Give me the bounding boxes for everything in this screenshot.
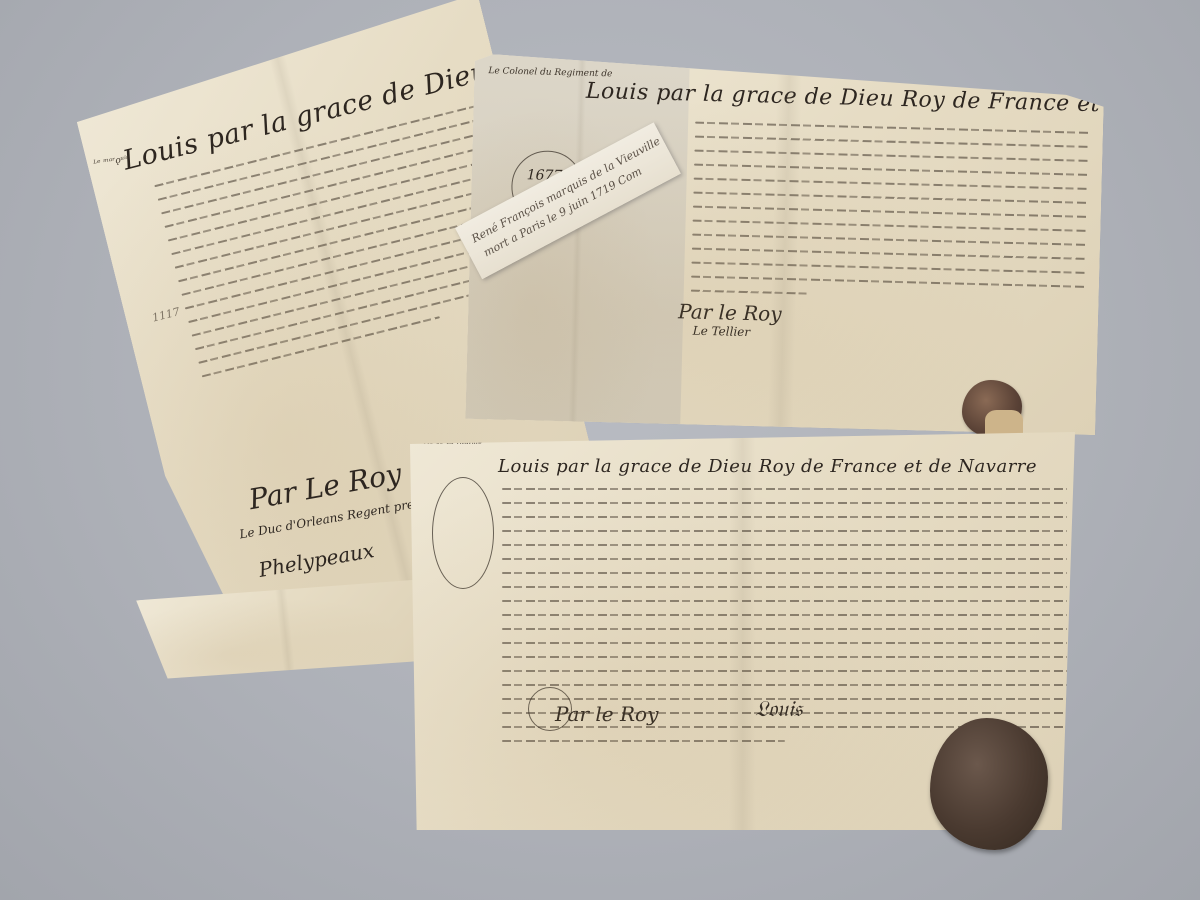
document-top-right: Le Colonel du Regiment de 1677 17/2 Loui…: [465, 54, 1104, 435]
document-bottom-paraph-flourish: [432, 477, 494, 589]
document-bottom-heading: Louis par la grace de Dieu Roy de France…: [498, 456, 1037, 477]
document-left-margin-numbers: 1117: [151, 305, 181, 324]
document-bottom-countersign-flourish: [528, 687, 572, 731]
document-bottom-king-signature: 𝔏𝔬𝔲𝔦𝔰: [755, 697, 802, 722]
document-top-right-countersign-title: Par le Roy: [678, 299, 782, 326]
document-top-right-countersign-name: Le Tellier: [693, 324, 751, 339]
document-top-right-body-text: [690, 122, 1090, 314]
wax-seal-bottom: [930, 718, 1048, 850]
